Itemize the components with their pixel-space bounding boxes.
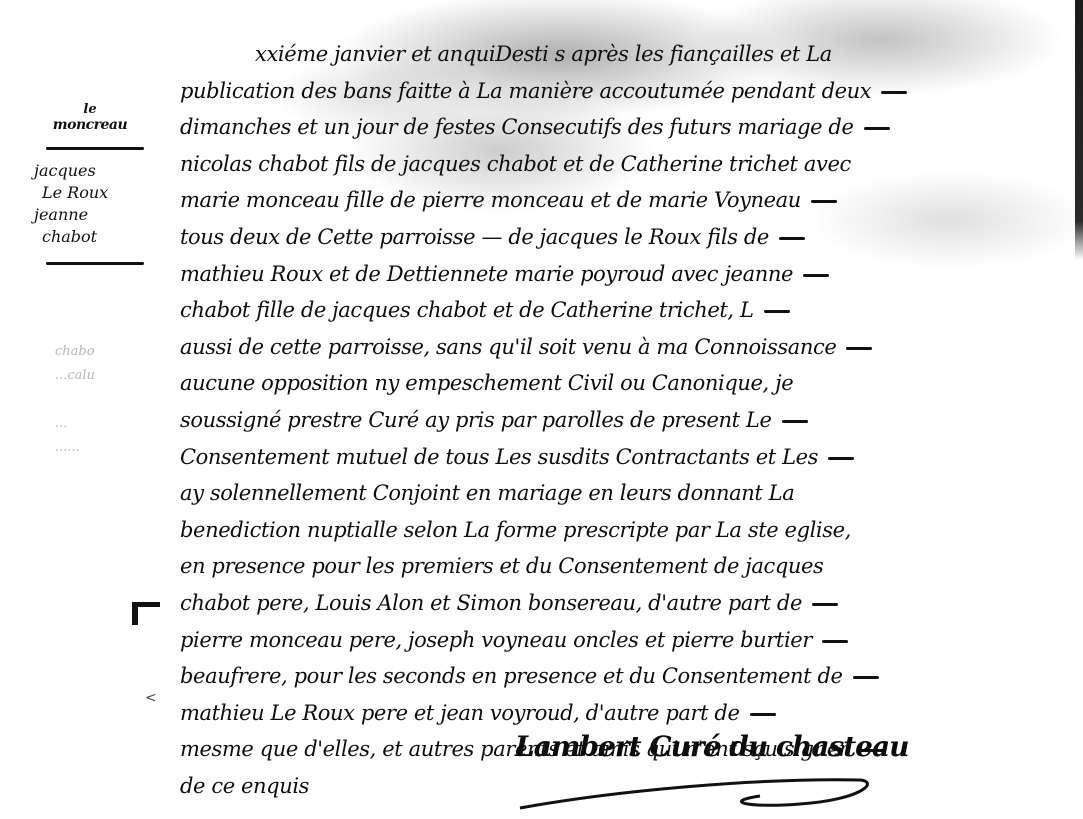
margin-divider: [46, 262, 144, 265]
text-line: mathieu Roux et de Dettiennete marie poy…: [180, 262, 1060, 299]
margin-divider: [46, 147, 144, 150]
text-line: xxiéme janvier et anquiDesti s après les…: [180, 42, 1060, 79]
margin-header-small: le: [30, 102, 150, 117]
line-filler-dash: [822, 640, 848, 643]
text-line: beaufrere, pour les seconds en presence …: [180, 664, 1060, 701]
line-filler-dash: [782, 420, 808, 423]
text-line: chabot fille de jacques chabot et de Cat…: [180, 298, 1060, 335]
page-binding-edge: [1075, 0, 1083, 260]
faint-bleedthrough-note: chabo ...calu ... ......: [55, 340, 145, 460]
margin-entry: jeanne: [30, 204, 150, 226]
text-line: aucune opposition ny empeschement Civil …: [180, 371, 1060, 408]
register-entry-text: xxiéme janvier et anquiDesti s après les…: [180, 42, 1060, 810]
margin-entry: Le Roux: [30, 182, 150, 204]
margin-entry: jacques: [30, 160, 150, 182]
line-filler-dash: [846, 347, 872, 350]
text-line: chabot pere, Louis Alon et Simon bonsere…: [180, 591, 1060, 628]
margin-entry: chabot: [30, 226, 150, 248]
line-filler-dash: [779, 237, 805, 240]
text-line: dimanches et un jour de festes Consecuti…: [180, 115, 1060, 152]
text-line: Consentement mutuel de tous Les susdits …: [180, 445, 1060, 482]
line-filler-dash: [803, 274, 829, 277]
line-filler-dash: [828, 457, 854, 460]
text-line: en presence pour les premiers et du Cons…: [180, 554, 1060, 591]
text-line: pierre monceau pere, joseph voyneau oncl…: [180, 628, 1060, 665]
margin-arrow-mark: <: [145, 690, 157, 706]
line-filler-dash: [750, 713, 776, 716]
text-line: marie monceau fille de pierre monceau et…: [180, 188, 1060, 225]
text-line: tous deux de Cette parroisse — de jacque…: [180, 225, 1060, 262]
line-filler-dash: [881, 91, 907, 94]
signature-flourish: [500, 770, 880, 810]
text-line: soussigné prestre Curé ay pris par parol…: [180, 408, 1060, 445]
text-line: publication des bans faitte à La manière…: [180, 79, 1060, 116]
line-filler-dash: [811, 200, 837, 203]
text-line: benediction nuptialle selon La forme pre…: [180, 518, 1060, 555]
line-filler-dash: [853, 676, 879, 679]
priest-signature: Lambert Curé du chasteau: [515, 730, 908, 763]
margin-annotations: le moncreau jacques Le Roux jeanne chabo…: [30, 100, 150, 275]
margin-header-name: moncreau: [30, 117, 150, 133]
text-line: aussi de cette parroisse, sans qu'il soi…: [180, 335, 1060, 372]
line-filler-dash: [864, 127, 890, 130]
line-filler-dash: [764, 310, 790, 313]
text-line: nicolas chabot fils de jacques chabot et…: [180, 152, 1060, 189]
text-line: ay solennellement Conjoint en mariage en…: [180, 481, 1060, 518]
line-filler-dash: [812, 603, 838, 606]
margin-bracket-mark: [132, 602, 160, 625]
